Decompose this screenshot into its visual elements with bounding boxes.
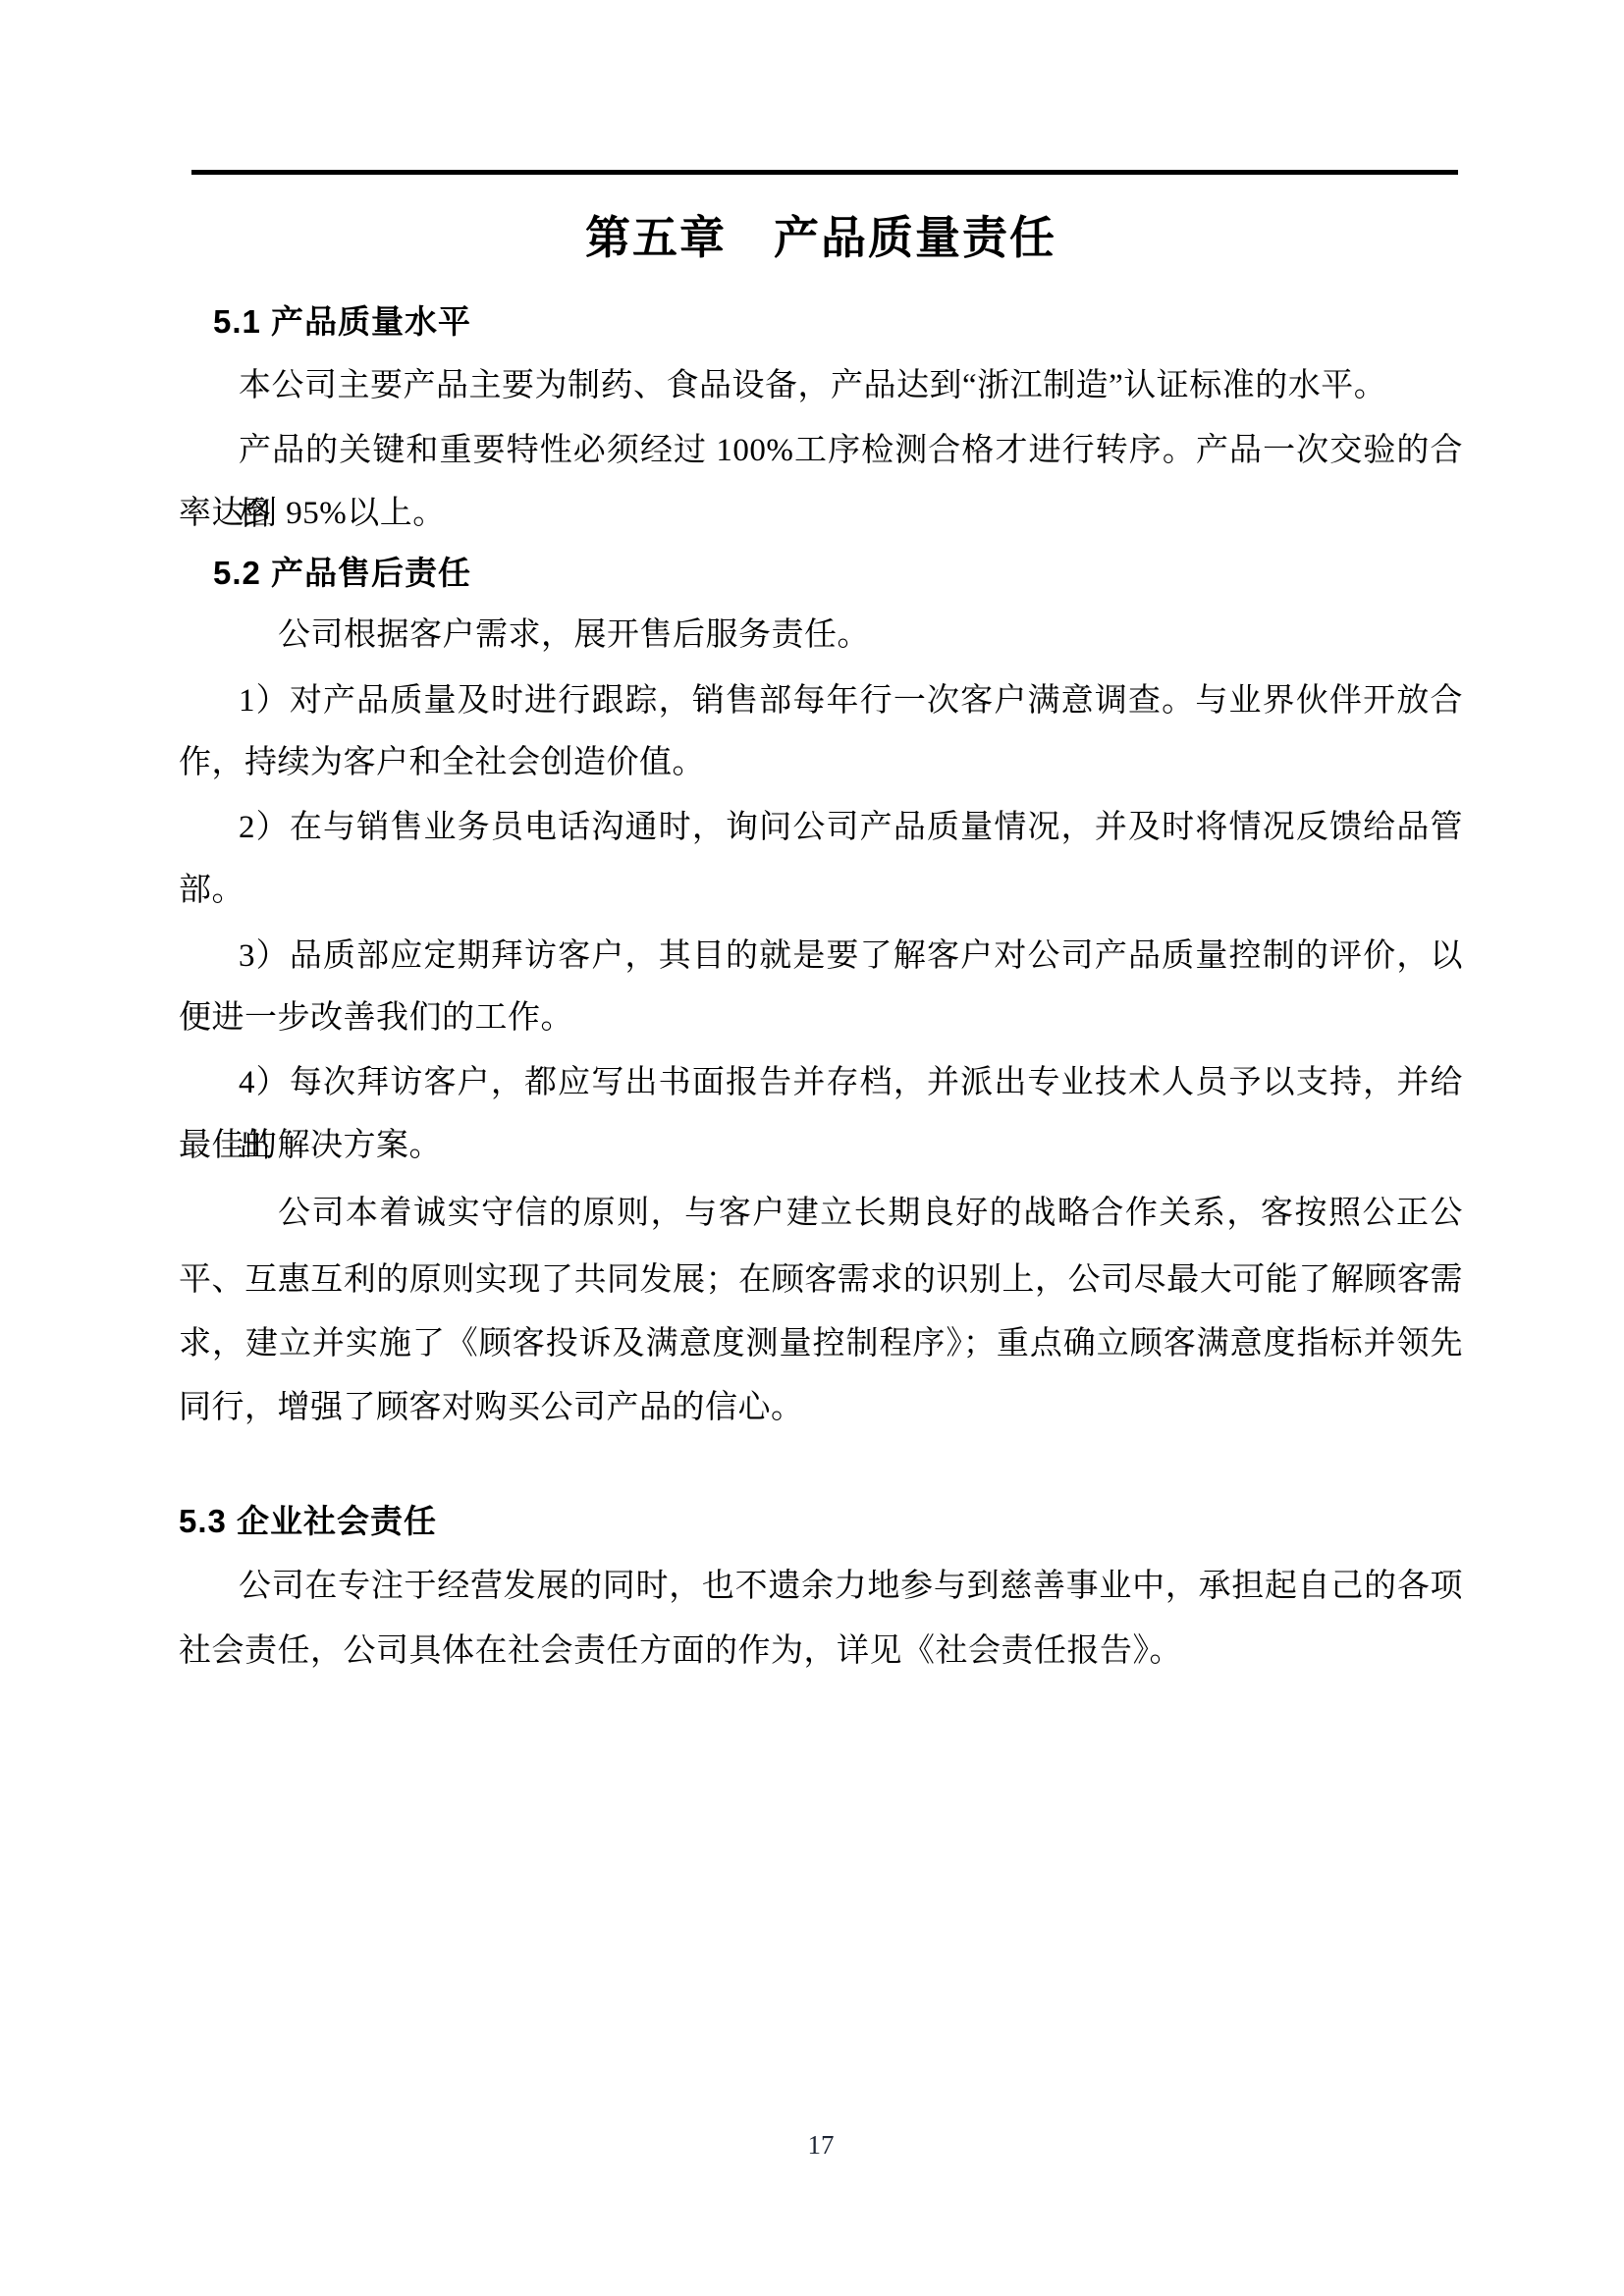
- text-line: 率达到 95%以上。: [179, 482, 1463, 546]
- section-5-1-heading: 5.1 产品质量水平: [179, 290, 1463, 353]
- text-line: 最佳的解决方案。: [179, 1114, 1463, 1178]
- text-line: 产品的关键和重要特性必须经过 100%工序检测合格才进行转序。产品一次交验的合格: [179, 419, 1463, 483]
- text-line: 便进一步改善我们的工作。: [179, 987, 1463, 1050]
- text-line: 公司本着诚实守信的原则，与客户建立长期良好的战略合作关系，客按照公正公: [179, 1182, 1463, 1246]
- text-line: 作，持续为客户和全社会创造价值。: [179, 731, 1463, 795]
- page-number: 17: [179, 2128, 1463, 2163]
- text-line: 公司根据客户需求，展开售后服务责任。: [179, 604, 1463, 667]
- text-line: 平、互惠互利的原则实现了共同发展；在顾客需求的识别上，公司尽最大可能了解顾客需: [179, 1249, 1463, 1312]
- text-line: 公司在专注于经营发展的同时，也不遗余力地参与到慈善事业中，承担起自己的各项: [179, 1555, 1463, 1619]
- document-page: 第五章 产品质量责任 5.1 产品质量水平 本公司主要产品主要为制药、食品设备，…: [0, 0, 1624, 2296]
- text-line: 1）对产品质量及时进行跟踪，销售部每年行一次客户满意调查。与业界伙伴开放合: [179, 669, 1463, 733]
- section-5-3-heading: 5.3 企业社会责任: [179, 1489, 1463, 1553]
- text-line: 同行，增强了顾客对购买公司产品的信心。: [179, 1376, 1463, 1440]
- text-line: 部。: [179, 859, 1463, 923]
- text-line: 2）在与销售业务员电话沟通时，询问公司产品质量情况，并及时将情况反馈给品管: [179, 796, 1463, 860]
- text-line: 求，建立并实施了《顾客投诉及满意度测量控制程序》；重点确立顾客满意度指标并领先: [179, 1312, 1463, 1376]
- text-line: 本公司主要产品主要为制药、食品设备，产品达到“浙江制造”认证标准的水平。: [179, 354, 1463, 418]
- document-body: 5.1 产品质量水平 本公司主要产品主要为制药、食品设备，产品达到“浙江制造”认…: [179, 0, 1463, 2296]
- text-line: 社会责任，公司具体在社会责任方面的作为，详见《社会责任报告》。: [179, 1620, 1463, 1683]
- text-line: 4）每次拜访客户，都应写出书面报告并存档，并派出专业技术人员予以支持，并给出: [179, 1051, 1463, 1115]
- text-line: 3）品质部应定期拜访客户，其目的就是要了解客户对公司产品质量控制的评价，以: [179, 925, 1463, 988]
- section-5-2-heading: 5.2 产品售后责任: [179, 541, 1463, 605]
